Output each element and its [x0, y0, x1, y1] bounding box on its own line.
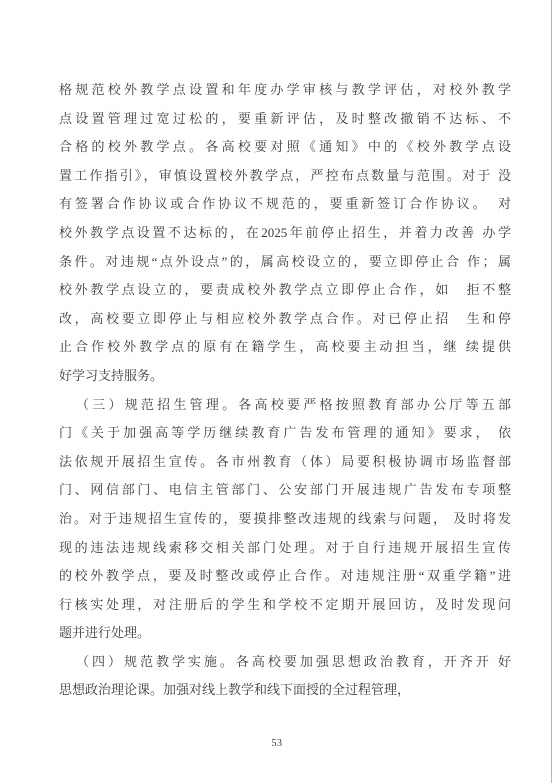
- text-line: 思想政治理论课。加强对线上教学和线下面授的全过程管理，: [59, 676, 511, 705]
- text-line: 治。对于违规招生宣传的，要摸排整改违规的线索与问题， 及时将发: [59, 505, 511, 534]
- text-line: 法依规开展招生宣传。各市州教育（体）局要积极协调市场监督部: [59, 448, 511, 477]
- text-line: 置工作指引》，审慎设置校外教学点，严控布点数量与范围。对于 没: [59, 162, 511, 191]
- text-line: 现的违法违规线索移交相关部门处理。对于自行违规开展招生宣传: [59, 534, 511, 563]
- text-line: 门《关于加强高等学历继续教育广告发布管理的通知》要求， 依: [59, 419, 511, 448]
- text-line: 点设置管理过宽过松的，要重新评估，及时整改撤销不达标、不: [59, 105, 511, 134]
- text-line: 门、网信部门、电信主管部门、公安部门开展违规广告发布专项整: [59, 476, 511, 505]
- text-line: 合格的校外教学点。各高校要对照《通知》中的《校外教学点设: [59, 133, 511, 162]
- text-line-paragraph-start: （四）规范教学实施。各高校要加强思想政治教育，开齐开 好: [59, 648, 511, 677]
- page-number: 53: [0, 738, 554, 749]
- text-line: 格规范校外教学点设置和年度办学审核与教学评估，对校外教学: [59, 76, 511, 105]
- text-line: 有签署合作协议或合作协议不规范的，要重新签订合作协议。 对: [59, 190, 511, 219]
- text-line: 好学习支持服务。: [59, 362, 511, 391]
- document-page: 格规范校外教学点设置和年度办学审核与教学评估，对校外教学 点设置管理过宽过松的，…: [0, 0, 554, 783]
- text-line: 校外教学点设置不达标的，在2025年前停止招生，并着力改善 办学: [59, 219, 511, 248]
- text-line: 题并进行处理。: [59, 619, 511, 648]
- text-line-paragraph-start: （三）规范招生管理。各高校要严格按照教育部办公厅等五部: [59, 391, 511, 420]
- text-line: 校外教学点设立的，要责成校外教学点立即停止合作，如 拒不整: [59, 276, 511, 305]
- text-line: 的校外教学点，要及时整改或停止合作。对违规注册“双重学籍”进: [59, 562, 511, 591]
- document-text-block: 格规范校外教学点设置和年度办学审核与教学评估，对校外教学 点设置管理过宽过松的，…: [59, 76, 511, 705]
- text-line: 改，高校要立即停止与相应校外教学点合作。对已停止招 生和停: [59, 305, 511, 334]
- text-line: 行核实处理，对注册后的学生和学校不定期开展回访，及时发现问: [59, 591, 511, 620]
- page-edge-line: [551, 0, 552, 783]
- text-line: 条件。对违规“点外设点”的，属高校设立的，要立即停止合 作；属: [59, 248, 511, 277]
- text-line: 止合作校外教学点的原有在籍学生，高校要主动担当，继 续提供: [59, 333, 511, 362]
